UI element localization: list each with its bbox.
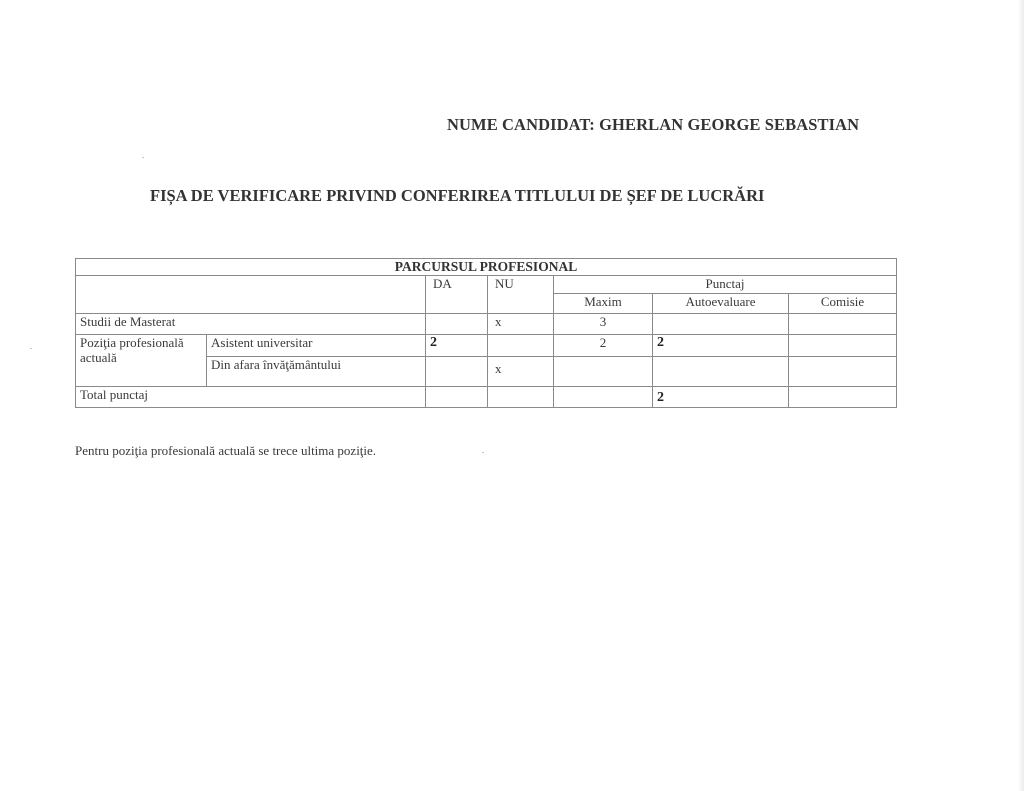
evaluation-table: PARCURSUL PROFESIONAL DA NU Punctaj Maxi… bbox=[75, 258, 897, 408]
row-group-label: Poziţia profesională actuală bbox=[76, 335, 207, 387]
cell-nu bbox=[488, 387, 554, 408]
header-nu: NU bbox=[488, 276, 554, 314]
scan-speck bbox=[142, 157, 144, 158]
header-blank-cell bbox=[76, 276, 426, 314]
header-row-1: DA NU Punctaj bbox=[76, 276, 897, 294]
cell-autoevaluare bbox=[653, 357, 789, 387]
row-label: Asistent universitar bbox=[207, 335, 426, 357]
cell-autoevaluare: 2 bbox=[653, 335, 789, 357]
scan-page-edge bbox=[1018, 0, 1024, 791]
table-row-total: Total punctaj 2 bbox=[76, 387, 897, 408]
cell-da bbox=[426, 314, 488, 335]
cell-da bbox=[426, 387, 488, 408]
cell-maxim bbox=[554, 387, 653, 408]
cell-comisie bbox=[789, 387, 897, 408]
cell-nu bbox=[488, 335, 554, 357]
row-label: Total punctaj bbox=[76, 387, 426, 408]
header-maxim: Maxim bbox=[554, 294, 653, 314]
cell-maxim: 3 bbox=[554, 314, 653, 335]
cell-da: 2 bbox=[426, 335, 488, 357]
footnote: Pentru poziţia profesională actuală se t… bbox=[75, 443, 376, 459]
cell-da bbox=[426, 357, 488, 387]
header-autoevaluare: Autoevaluare bbox=[653, 294, 789, 314]
cell-comisie bbox=[789, 314, 897, 335]
row-label: Din afara învăţământului bbox=[207, 357, 426, 387]
cell-maxim bbox=[554, 357, 653, 387]
header-comisie: Comisie bbox=[789, 294, 897, 314]
cell-maxim: 2 bbox=[554, 335, 653, 357]
scan-speck bbox=[482, 452, 484, 453]
cell-comisie bbox=[789, 335, 897, 357]
candidate-name: NUME CANDIDAT: GHERLAN GEORGE SEBASTIAN bbox=[447, 115, 859, 135]
document-title: FIȘA DE VERIFICARE PRIVIND CONFERIREA TI… bbox=[150, 186, 764, 206]
cell-nu: x bbox=[488, 357, 554, 387]
header-da: DA bbox=[426, 276, 488, 314]
cell-comisie bbox=[789, 357, 897, 387]
row-label: Studii de Masterat bbox=[76, 314, 426, 335]
section-title: PARCURSUL PROFESIONAL bbox=[76, 259, 897, 276]
scan-speck bbox=[30, 348, 32, 349]
header-punctaj: Punctaj bbox=[554, 276, 897, 294]
table-row-asistent-universitar: Poziţia profesională actuală Asistent un… bbox=[76, 335, 897, 357]
cell-autoevaluare: 2 bbox=[653, 387, 789, 408]
section-header-row: PARCURSUL PROFESIONAL bbox=[76, 259, 897, 276]
cell-nu: x bbox=[488, 314, 554, 335]
cell-autoevaluare bbox=[653, 314, 789, 335]
table-row-studii-masterat: Studii de Masterat x 3 bbox=[76, 314, 897, 335]
